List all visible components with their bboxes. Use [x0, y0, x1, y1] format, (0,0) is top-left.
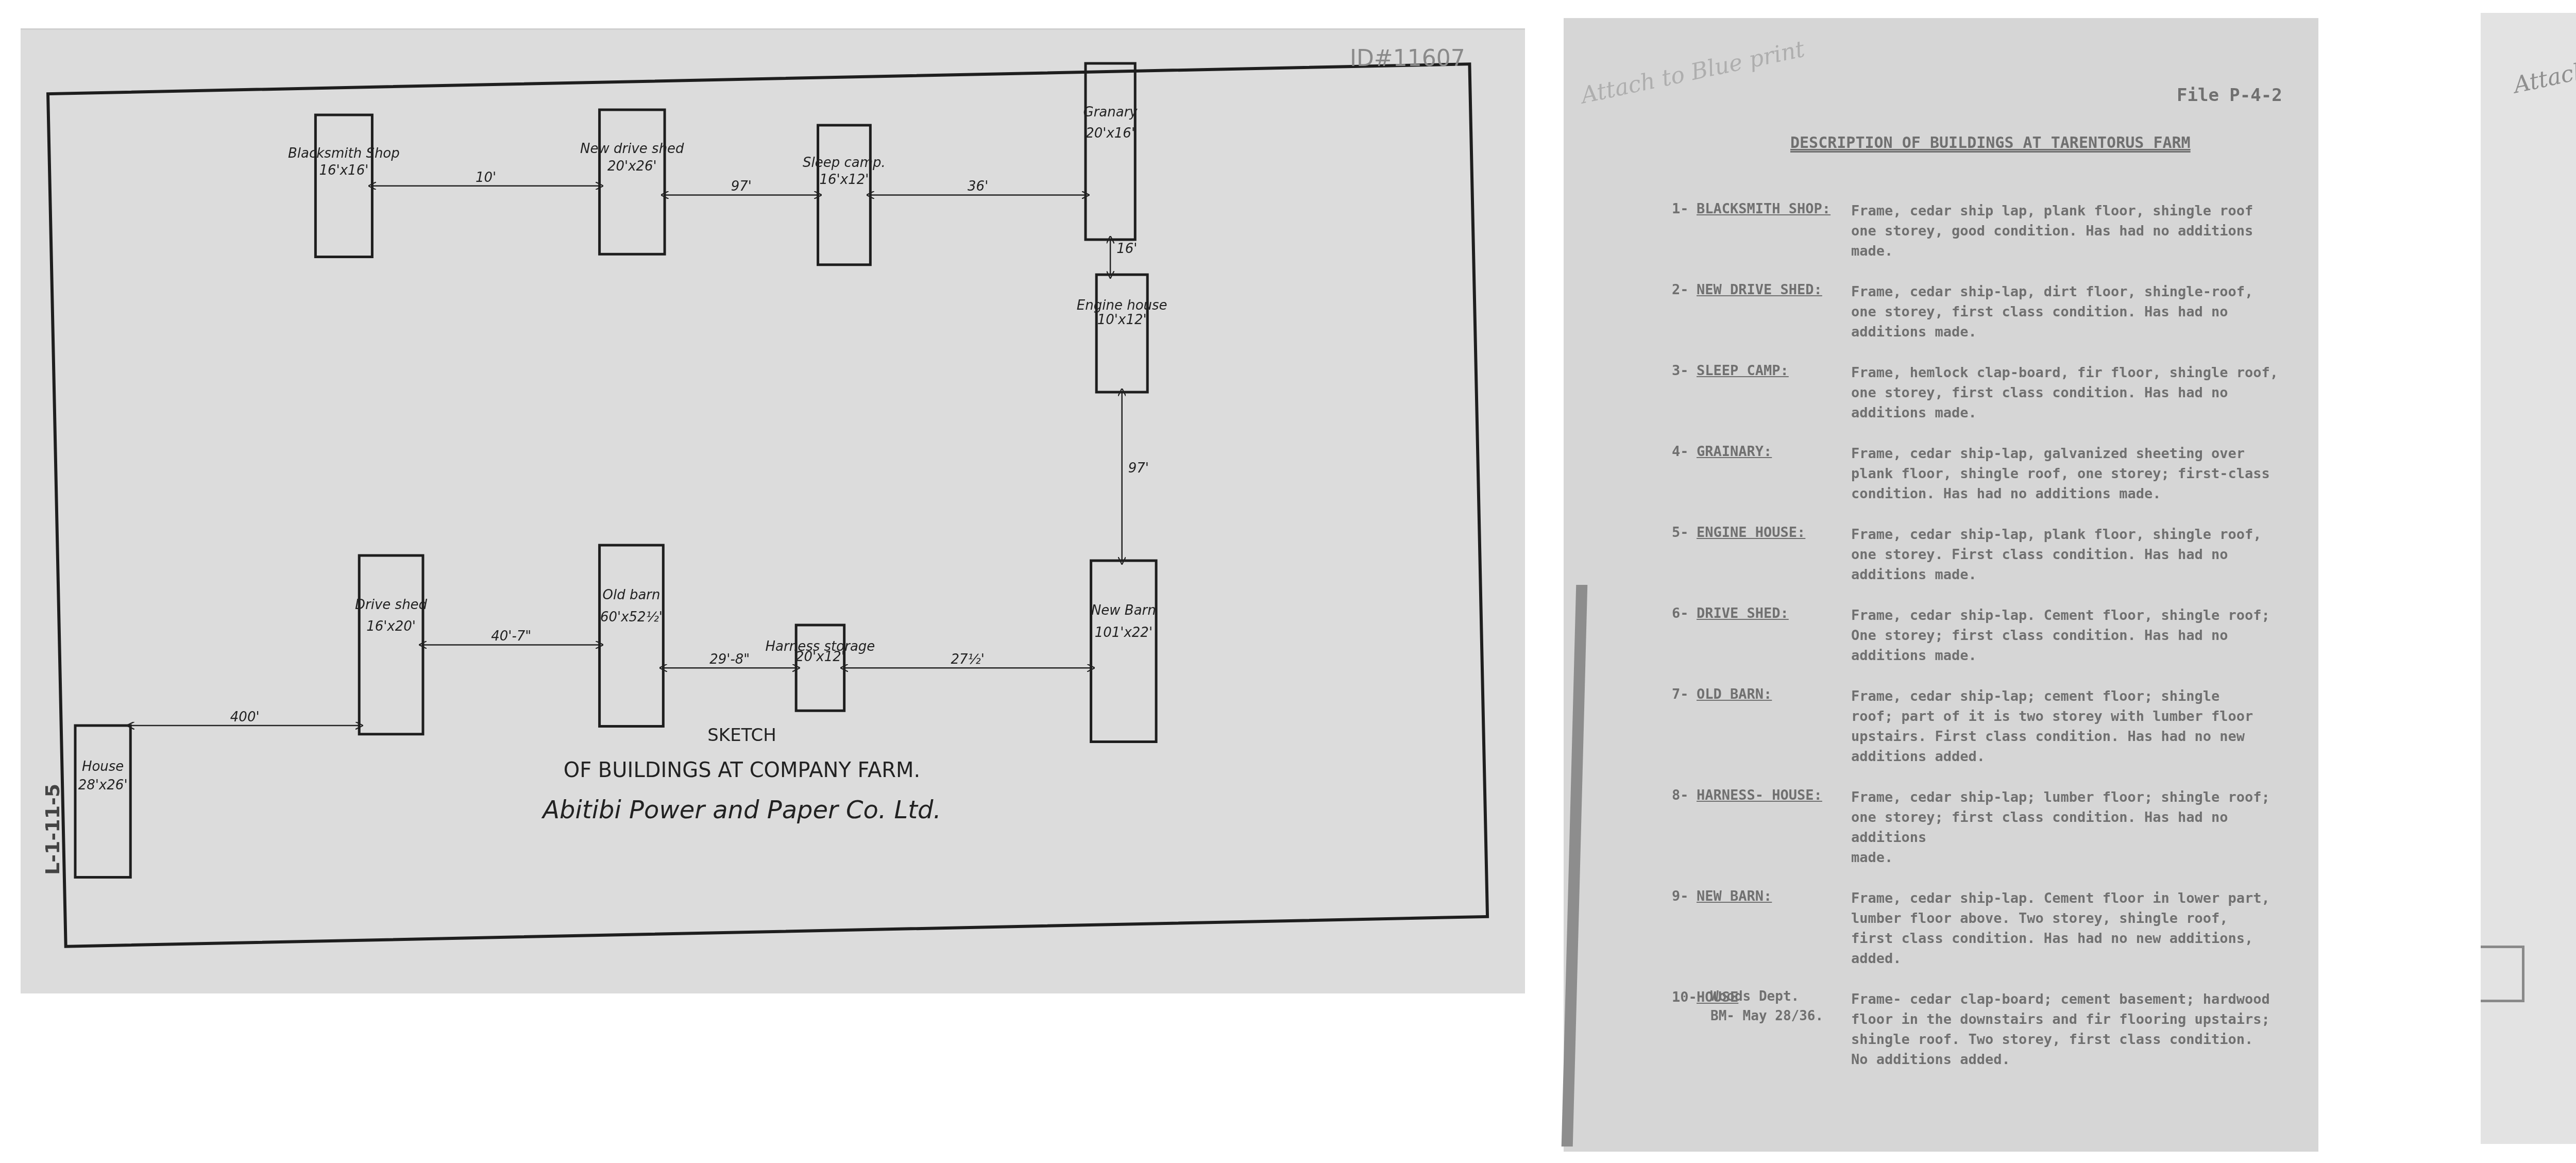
building-outline	[600, 545, 664, 727]
building-size: 16'x20'	[366, 619, 416, 634]
entry-label: NEW DRIVE SHED:	[1697, 282, 1851, 342]
building-7: Old barn60'x52½'	[600, 545, 664, 727]
building-size: 20'x26'	[607, 159, 657, 174]
sketch-drawing: ID#11607 L-1-11-5 Blacksmith Shop16'x16'…	[21, 30, 1525, 993]
building-outline	[315, 115, 372, 257]
entry-number: 8-	[1672, 787, 1697, 868]
entry-description: Frame- cedar clap-board; cement basement…	[1851, 989, 2300, 1070]
building-outline	[75, 726, 130, 878]
building-8: Drive shed16'x20'	[355, 555, 428, 734]
entry-label: DRIVE SHED:	[1697, 605, 1851, 666]
building-name: Sleep camp.	[803, 155, 886, 171]
entry-number: 1-	[1672, 201, 1697, 261]
distance-annotation: 97'	[1122, 392, 1149, 561]
building-size: 60'x52½'	[600, 610, 663, 625]
file-number: File P-4-2	[2177, 85, 2282, 106]
distance-label: 10'	[476, 170, 496, 186]
entry-description: Frame, cedar ship-lap; lumber floor; shi…	[1851, 787, 2300, 868]
building-9: House28'x26'	[75, 726, 130, 878]
distance-annotation: 40'-7"	[423, 629, 600, 645]
building-name: New Barn	[1091, 603, 1156, 618]
distance-label: 27½'	[951, 652, 984, 667]
building-size: 16'x16'	[319, 163, 368, 178]
description-page-carbon: Attach to Blue print File P-4-2 DESCRIPT…	[1564, 18, 2318, 1152]
entry-number: 3-	[1672, 363, 1697, 423]
building-name: Drive shed	[355, 597, 428, 613]
building-outline	[796, 625, 844, 711]
building-outline	[1086, 63, 1135, 240]
entry-label: ENGINE HOUSE:	[1697, 525, 1851, 585]
distance-annotation: 400'	[130, 710, 359, 726]
building-outline	[600, 110, 665, 254]
distance-label: 97'	[1128, 461, 1149, 476]
building-name: House	[82, 759, 124, 774]
building-name: Blacksmith Shop	[288, 146, 400, 161]
entry-number: 7-	[1672, 686, 1697, 767]
building-entry: 2-NEW DRIVE SHED:Frame, cedar ship-lap, …	[1672, 282, 2300, 342]
building-size: 20'x12'	[795, 649, 845, 665]
building-entry: 5-ENGINE HOUSE:Frame, cedar ship-lap, pl…	[1672, 525, 2300, 585]
sketch-title: SKETCH	[707, 725, 776, 746]
building-size: 101'x22'	[1095, 625, 1153, 641]
entry-number: 6-	[1672, 605, 1697, 666]
distance-label: 36'	[968, 179, 988, 194]
distance-annotation: 16'	[1110, 240, 1137, 275]
id-stamp: ID#11607	[1350, 45, 1465, 72]
building-outline	[359, 555, 423, 734]
building-entry: 3-SLEEP CAMP:Frame, hemlock clap-board, …	[1672, 363, 2300, 423]
entry-label: OLD BARN:	[1697, 686, 1851, 767]
entry-number: 10-	[1672, 989, 1697, 1070]
distance-label: 97'	[731, 179, 752, 194]
building-outline	[1096, 275, 1147, 392]
entry-description: Frame, cedar ship-lap; cement floor; shi…	[1851, 686, 2300, 767]
building-4: Engine house10'x12'	[1077, 275, 1167, 392]
building-outline	[1091, 561, 1157, 742]
entry-description: Frame, cedar ship lap, plank floor, shin…	[1851, 201, 2300, 261]
building-entry: 1-BLACKSMITH SHOP:Frame, cedar ship lap,…	[1672, 201, 2300, 261]
entry-label: GRAINARY:	[1697, 444, 1851, 504]
entry-number: 9-	[1672, 888, 1697, 969]
company-name: Abitibi Power and Paper Co. Ltd.	[541, 796, 941, 824]
distance-label: 40'-7"	[491, 629, 531, 644]
stamp-mark	[2481, 946, 2524, 1002]
page-binding-strip	[1562, 585, 1588, 1147]
entry-description: Frame, cedar ship-lap. Cement floor in l…	[1851, 888, 2300, 969]
entry-label: HARNESS- HOUSE:	[1697, 787, 1851, 868]
building-entry: 7-OLD BARN:Frame, cedar ship-lap; cement…	[1672, 686, 2300, 767]
building-3: Granary20'x16'	[1083, 63, 1138, 240]
building-entry: 8-HARNESS- HOUSE:Frame, cedar ship-lap; …	[1672, 787, 2300, 868]
distance-label: 29'-8"	[709, 652, 750, 667]
description-page-original: Attach to Blue print ID#11607 File P-4-2…	[2481, 13, 2576, 1144]
building-name: Old barn	[602, 587, 660, 603]
building-entry: 4-GRAINARY:Frame, cedar ship-lap, galvan…	[1672, 444, 2300, 504]
distance-label: 16'	[1116, 241, 1137, 257]
distance-annotation: 97'	[665, 179, 818, 195]
building-outline	[818, 125, 871, 265]
building-5: New Barn101'x22'	[1091, 561, 1157, 742]
building-size: 28'x26'	[78, 778, 128, 793]
entry-label: BLACKSMITH SHOP:	[1697, 201, 1851, 261]
building-entry: 9-NEW BARN:Frame, cedar ship-lap. Cement…	[1672, 888, 2300, 969]
distance-annotation: 36'	[870, 179, 1086, 195]
document-footer: Woods Dept. BM- May 28/36.	[1710, 987, 1823, 1026]
distance-annotation: 10'	[372, 170, 599, 186]
entry-number: 4-	[1672, 444, 1697, 504]
building-size: 20'x16'	[1086, 126, 1135, 141]
entry-description: Frame, hemlock clap-board, fir floor, sh…	[1851, 363, 2300, 423]
building-entry: 6-DRIVE SHED:Frame, cedar ship-lap. Ceme…	[1672, 605, 2300, 666]
entry-description: Frame, cedar ship-lap, galvanized sheeti…	[1851, 444, 2300, 504]
farm-sketch-blueprint: ID#11607 L-1-11-5 Blacksmith Shop16'x16'…	[21, 28, 1525, 993]
entry-number: 2-	[1672, 282, 1697, 342]
entry-description: Frame, cedar ship-lap, plank floor, shin…	[1851, 525, 2300, 585]
document-title: DESCRIPTION OF BUILDINGS AT TARENTORUS F…	[1790, 134, 2191, 152]
building-1: New drive shed20'x26'	[580, 110, 684, 254]
drawing-number: L-1-11-5	[41, 784, 64, 875]
building-size: 10'x12'	[1097, 312, 1147, 328]
building-name: Granary	[1083, 105, 1138, 120]
entry-description: Frame, cedar ship-lap. Cement floor, shi…	[1851, 605, 2300, 666]
sketch-subtitle: OF BUILDINGS AT COMPANY FARM.	[564, 759, 921, 782]
building-entries: 1-BLACKSMITH SHOP:Frame, cedar ship lap,…	[1672, 201, 2300, 1090]
building-name: Engine house	[1077, 298, 1167, 313]
distance-label: 400'	[230, 710, 260, 725]
entry-number: 5-	[1672, 525, 1697, 585]
handwritten-note: Attach to Blue print	[2512, 26, 2576, 99]
building-size: 16'x12'	[820, 172, 869, 188]
distance-annotation: 27½'	[844, 652, 1091, 668]
handwritten-note: Attach to Blue print	[1579, 36, 1807, 109]
entry-label: NEW BARN:	[1697, 888, 1851, 969]
entry-label: SLEEP CAMP:	[1697, 363, 1851, 423]
building-name: New drive shed	[580, 141, 684, 157]
entry-description: Frame, cedar ship-lap, dirt floor, shing…	[1851, 282, 2300, 342]
